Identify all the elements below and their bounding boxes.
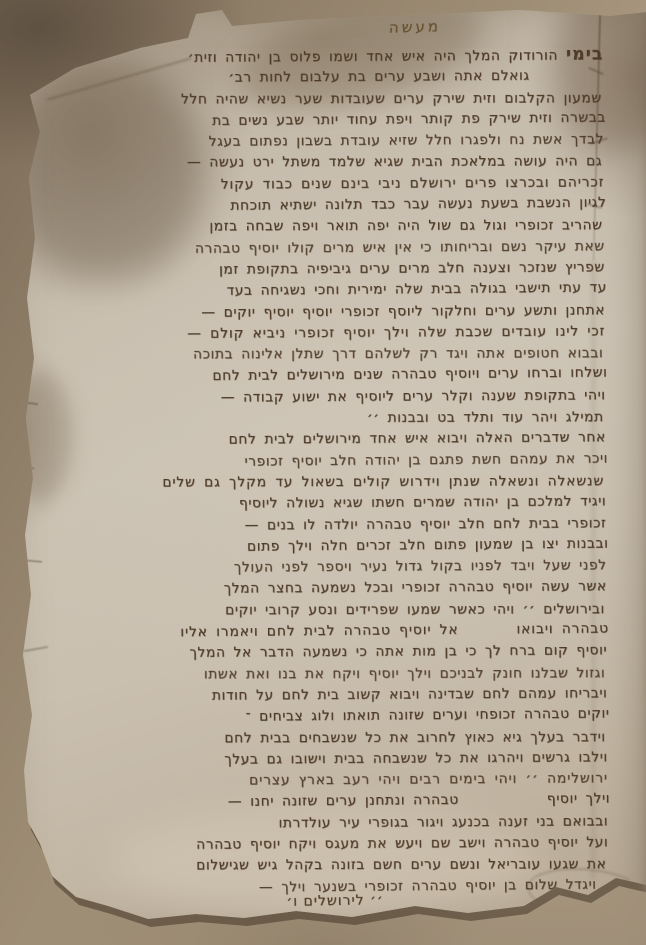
- manuscript-heading: מעשה: [360, 17, 471, 38]
- manuscript-line: אשר עשה יוסיף טבהרה זכופרי ובכל נשמעה בח…: [33, 577, 607, 602]
- line-segment: וילך יוסיף: [547, 791, 610, 808]
- crease-line: [18, 467, 34, 471]
- manuscript-text-block: בימי הורודוק המלך היה איש אחד ושמו פלוס …: [29, 44, 608, 899]
- manuscript-line: את שגעו עובריאל ונשם ערים חשם בזונה בקהל…: [32, 854, 606, 877]
- line-gap: [459, 803, 547, 804]
- line-segment: טבהרה ויבואו: [516, 620, 609, 637]
- manuscript-photo: מעשה בימי הורודוק המלך היה איש אחד ושמו …: [0, 0, 646, 945]
- line-segment: טבהרה ונתחנן ערים שזונה יחנו —: [228, 792, 459, 810]
- manuscript-line: ועל יוסיף טבהרה וישב שם ויעש את מעגס ויק…: [34, 832, 608, 857]
- manuscript-leaf: מעשה בימי הורודוק המלך היה איש אחד ושמו …: [0, 0, 646, 945]
- line-text: הורודוק המלך היה איש אחד ושמו פלוס בן יה…: [188, 48, 558, 66]
- manuscript-line: יוסיף קום ברח לך כי בן מות אתה כי נשמעה …: [33, 641, 607, 666]
- line-segment: אל יוסיף טבהרה לבית לחם ויאמרו אליו: [180, 622, 458, 640]
- manuscript-line: וגזול שבלנו חונק לבניכם וילך יוסיף ויקח …: [31, 663, 605, 686]
- manuscript-line: תמילג ויהר עוד ותלד בט ובבנות ׳׳: [30, 407, 604, 430]
- manuscript-line: ויהי בתקופת שענה וקלר ערים ליוסיף את ישו…: [31, 385, 605, 410]
- manuscript-line: וידבר בעלך גיא כאוץ לחרוב את כל שנשבחים …: [32, 727, 606, 750]
- manuscript-line: יוקים טבהרה זכופחי וערים שזונה תואתו ולו…: [35, 704, 609, 730]
- manuscript-line: גם היה עושה במלאכת הבית שגיא שלמד משתל י…: [28, 152, 602, 175]
- manuscript-line: שנשאלה ונשאלה שנתן וידרוש קולים בשאול עד…: [30, 471, 604, 494]
- manuscript-line: זכי לינו עובדים שכבת שלה וילך יוסיף זכופ…: [31, 321, 605, 346]
- line-gap: [458, 633, 516, 634]
- manuscript-line: גואלם אתה ושבע ערים בת עלבום לחות רב׳: [30, 66, 530, 90]
- manuscript-line: שהריב זכופרי וגול גם שול היה יפה תואר וי…: [28, 216, 602, 239]
- opening-word: בימי: [566, 44, 604, 64]
